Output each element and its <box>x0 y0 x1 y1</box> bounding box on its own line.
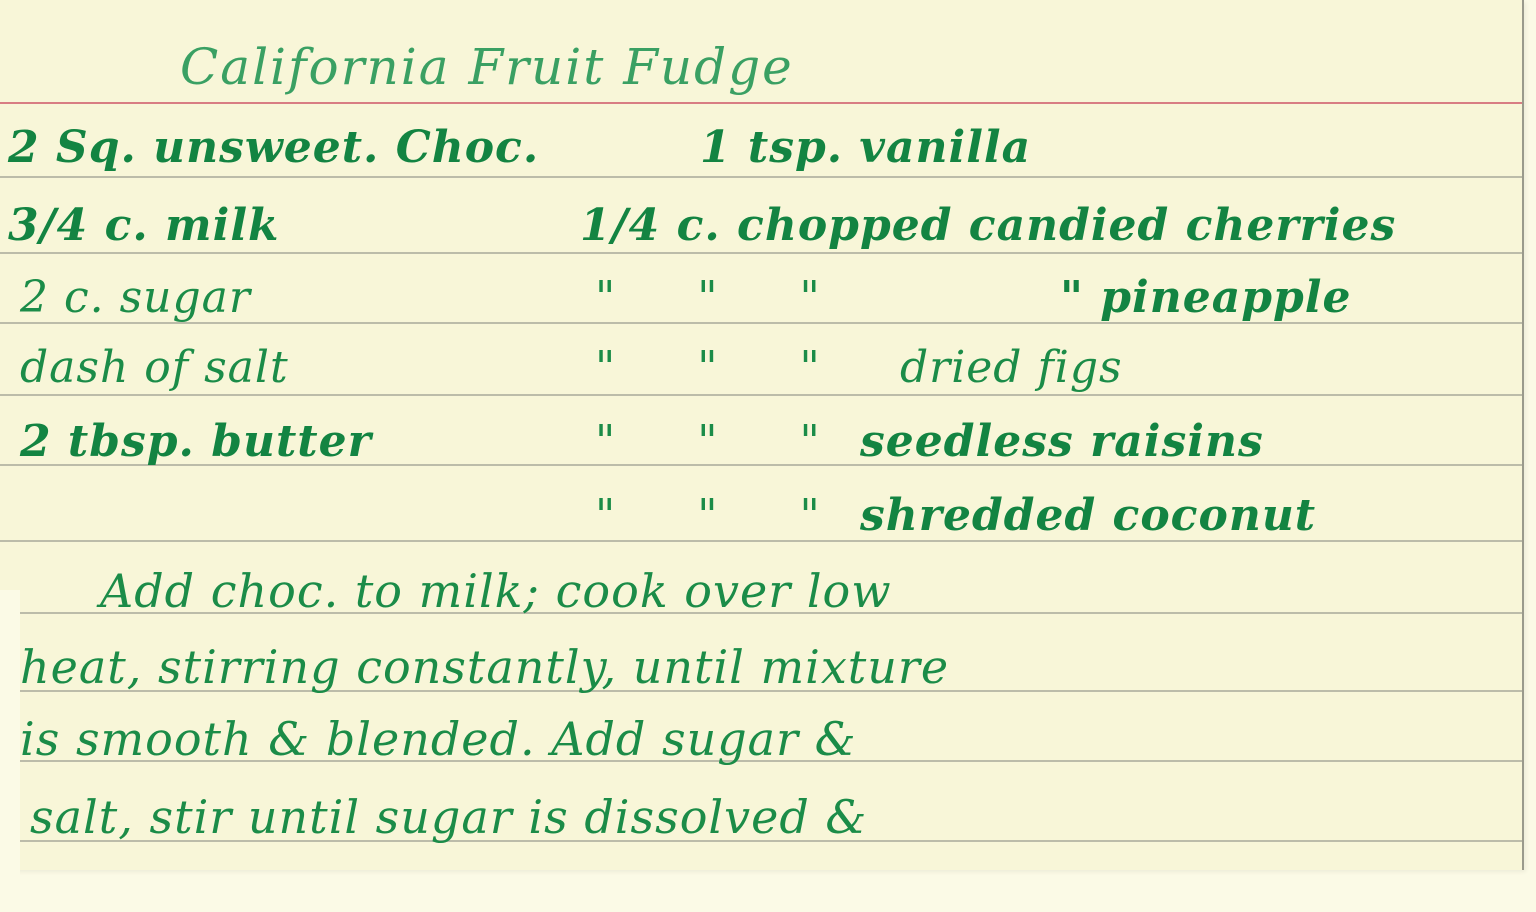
method-line: heat, stirring constantly, until mixture <box>20 640 949 694</box>
ingredient-item: 1/4 c. chopped candied cherries <box>580 200 1396 251</box>
ingredient-item: 2 Sq. unsweet. Choc. <box>8 122 539 173</box>
ingredient-item: 3/4 c. milk <box>8 200 280 251</box>
ingredient-item: 1 tsp. vanilla <box>700 122 1031 173</box>
ditto-marks: " " " <box>595 272 854 323</box>
method-line: is smooth & blended. Add sugar & <box>20 712 857 766</box>
ditto-marks: " " " <box>595 342 854 393</box>
ingredient-item: seedless raisins <box>860 416 1264 467</box>
ingredient-item: 2 c. sugar <box>20 272 251 323</box>
ingredient-item: dash of salt <box>20 342 289 393</box>
ruled-line <box>0 176 1522 178</box>
recipe-title: California Fruit Fudge <box>180 38 794 96</box>
ditto-marks: " " " <box>595 490 854 541</box>
background-gap <box>0 590 20 912</box>
ditto-marks: " " " <box>595 416 854 467</box>
method-line: Add choc. to milk; cook over low <box>100 564 892 618</box>
recipe-card: California Fruit Fudge 2 Sq. unsweet. Ch… <box>0 0 1524 870</box>
ingredient-item: 2 tbsp. butter <box>20 416 372 467</box>
ruled-line <box>0 394 1522 396</box>
ingredient-item: " pineapple <box>1060 272 1351 323</box>
ruled-line <box>0 252 1522 254</box>
ingredient-item: dried figs <box>900 342 1123 393</box>
ingredient-item: shredded coconut <box>860 490 1316 541</box>
method-line: salt, stir until sugar is dissolved & <box>30 790 867 844</box>
header-rule <box>0 102 1522 104</box>
